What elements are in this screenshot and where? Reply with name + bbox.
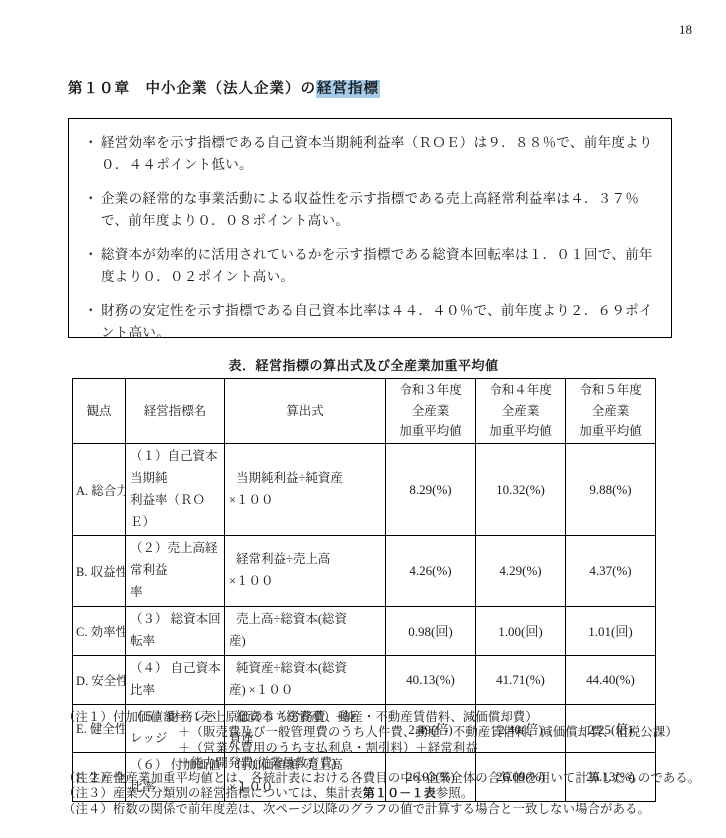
bullet-text: 経営効率を示す指標である自己資本当期純利益率（ＲＯＥ）は９．８８％で、前年度より… (101, 132, 659, 176)
summary-box: ・ 経営効率を示す指標である自己資本当期純利益率（ＲＯＥ）は９．８８％で、前年度… (68, 118, 672, 338)
cell-indicator: （４） 自己資本比率 (126, 655, 225, 704)
note-1-line-3: ＋（営業外費用のうち支払利息・割引料）＋経常利益 (63, 741, 711, 756)
document-page: 18 第１０章 中小企業（法人企業）の経営指標 ・ 経営効率を示す指標である自己… (0, 0, 726, 838)
chapter-title-highlight: 経営指標 (316, 80, 380, 98)
cell-value-r5: 9.88(%) (566, 443, 656, 536)
list-item: ・ 企業の経常的な事業活動による収益性を示す指標である売上高経常利益率は４．３７… (84, 188, 659, 232)
list-item: ・ 総資本が効率的に活用されているかを示す指標である総資本回転率は１．０１回で、… (84, 244, 659, 288)
list-item: ・ 財務の安定性を示す指標である自己資本比率は４４．４０％で、前年度より２．６９… (84, 300, 659, 344)
bullet-text: 財務の安定性を示す指標である自己資本比率は４４．４０％で、前年度より２．６９ポイ… (101, 300, 659, 344)
cell-value-r3: 0.98(回) (386, 607, 476, 656)
header-indicator: 経営指標名 (126, 379, 225, 444)
cell-value-r3: 40.13(%) (386, 655, 476, 704)
cell-value-r4: 10.32(%) (476, 443, 566, 536)
chapter-title: 第１０章 中小企業（法人企業）の経営指標 (68, 77, 380, 98)
bullet-text: 企業の経常的な事業活動による収益性を示す指標である売上高経常利益率は４．３７％で… (101, 188, 659, 232)
note-3-suffix: 参照。 (436, 786, 474, 800)
table-row: C. 効率性 （３） 総資本回転率 売上高÷総資本(総資 産) 0.98(回) … (73, 607, 656, 656)
cell-formula: 売上高÷総資本(総資 産) (225, 607, 386, 656)
footnotes: （注１）付加価値額＝（売上原価のうち労務費、動産・不動産賃借料、減価償却費） ＋… (63, 710, 711, 817)
bullet-text: 総資本が効率的に活用されているかを示す指標である総資本回転率は１．０１回で、前年… (101, 244, 659, 288)
cell-value-r4: 4.29(%) (476, 536, 566, 607)
table-row: D. 安全性 （４） 自己資本比率 純資産÷総資本(総資 産) ×１００ 40.… (73, 655, 656, 704)
cell-viewpoint: D. 安全性 (73, 655, 126, 704)
note-3-table-ref: 第１０－１表 (363, 786, 436, 800)
note-1-line-1: （注１）付加価値額＝（売上原価のうち労務費、動産・不動産賃借料、減価償却費） (63, 710, 711, 725)
header-reiwa3: 令和３年度 全産業 加重平均値 (386, 379, 476, 444)
cell-indicator: （１）自己資本当期純 利益率（ＲＯＥ） (126, 443, 225, 536)
table-row: A. 総合力 （１）自己資本当期純 利益率（ＲＯＥ） 当期純利益÷純資産 ×１０… (73, 443, 656, 536)
note-4: （注４）桁数の関係で前年度差は、次ページ以降のグラフの値で計算する場合と一致しな… (63, 802, 711, 817)
cell-viewpoint: B. 収益性 (73, 536, 126, 607)
cell-value-r5: 4.37(%) (566, 536, 656, 607)
bullet-icon: ・ (84, 132, 101, 176)
cell-formula: 当期純利益÷純資産 ×１００ (225, 443, 386, 536)
cell-indicator: （２）売上高経常利益 率 (126, 536, 225, 607)
bullet-icon: ・ (84, 300, 101, 344)
cell-value-r5: 44.40(%) (566, 655, 656, 704)
cell-value-r4: 41.71(%) (476, 655, 566, 704)
cell-indicator: （３） 総資本回転率 (126, 607, 225, 656)
cell-formula: 経常利益÷売上高 ×１００ (225, 536, 386, 607)
chapter-title-text: 第１０章 中小企業（法人企業）の (68, 81, 316, 97)
cell-value-r5: 1.01(回) (566, 607, 656, 656)
header-reiwa4: 令和４年度 全産業 加重平均値 (476, 379, 566, 444)
header-viewpoint: 観点 (73, 379, 126, 444)
note-1-line-2: ＋（販売費及び一般管理費のうち人件費、動産・不動産賃借料、減価償却費、租税公課） (63, 725, 711, 740)
table-row: B. 収益性 （２）売上高経常利益 率 経常利益÷売上高 ×１００ 4.26(%… (73, 536, 656, 607)
bullet-icon: ・ (84, 244, 101, 288)
note-3-prefix: （注３）産業大分類別の経営指標については、集計表 (63, 786, 363, 800)
table-caption: 表．経営指標の算出式及び全産業加重平均値 (72, 355, 655, 374)
note-1-line-4: ＋能力開発費(従業員教育費) (63, 756, 711, 771)
cell-value-r3: 4.26(%) (386, 536, 476, 607)
note-3: （注３）産業大分類別の経営指標については、集計表第１０－１表参照。 (63, 786, 711, 801)
cell-value-r4: 1.00(回) (476, 607, 566, 656)
note-2: （注２）全産業加重平均値とは、各統計表における各費目の中小企業全体の合算値を用い… (63, 771, 711, 786)
page-number: 18 (679, 22, 692, 38)
list-item: ・ 経営効率を示す指標である自己資本当期純利益率（ＲＯＥ）は９．８８％で、前年度… (84, 132, 659, 176)
bullet-icon: ・ (84, 188, 101, 232)
cell-formula: 純資産÷総資本(総資 産) ×１００ (225, 655, 386, 704)
header-formula: 算出式 (225, 379, 386, 444)
table-header-row: 観点 経営指標名 算出式 令和３年度 全産業 加重平均値 令和４年度 全産業 加… (73, 379, 656, 444)
cell-value-r3: 8.29(%) (386, 443, 476, 536)
cell-viewpoint: C. 効率性 (73, 607, 126, 656)
cell-viewpoint: A. 総合力 (73, 443, 126, 536)
header-reiwa5: 令和５年度 全産業 加重平均値 (566, 379, 656, 444)
